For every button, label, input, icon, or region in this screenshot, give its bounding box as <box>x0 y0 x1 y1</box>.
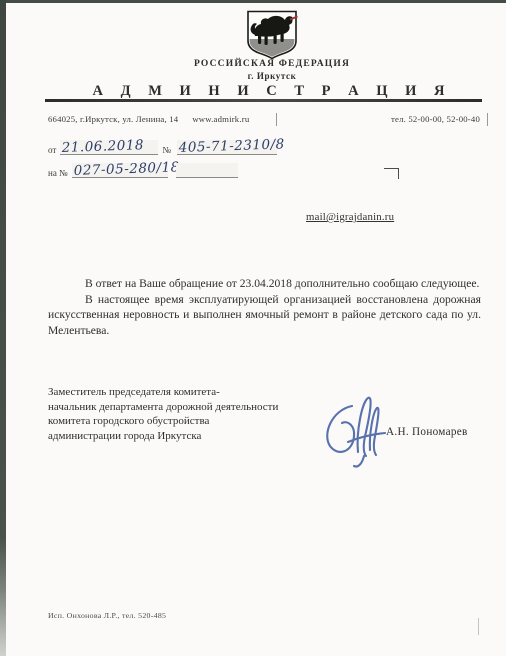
scan-artifact-line <box>478 618 479 635</box>
number-label: № <box>162 145 171 155</box>
signer-position-line: начальник департамента дорожной деятельн… <box>48 400 278 415</box>
address-and-site: 664025, г.Иркутск, ул. Ленина, 14www.adm… <box>48 114 249 124</box>
from-label: от <box>48 145 56 155</box>
scan-edge-left <box>0 0 6 656</box>
org-title: А Д М И Н И С Т Р А Ц И Я <box>38 83 506 100</box>
reply-number-field: 027-05-280/18 <box>72 163 168 178</box>
address-divider <box>276 113 277 126</box>
letter-body: В ответ на Ваше обращение от 23.04.2018 … <box>48 276 481 338</box>
number-field: 405-71-2310/8 <box>177 140 277 155</box>
handwritten-reply-number: 027-05-280/18 <box>73 159 180 179</box>
outgoing-ref-row: от21.06.2018№405-71-2310/8 <box>48 140 277 155</box>
coat-of-arms-irkutsk-icon <box>38 10 506 65</box>
empty-field <box>176 163 238 178</box>
scanned-letter-page: РОССИЙСКАЯ ФЕДЕРАЦИЯ г. Иркутск А Д М И … <box>0 0 506 656</box>
signer-position-line: комитета городского обустройства <box>48 414 278 429</box>
country-name: РОССИЙСКАЯ ФЕДЕРАЦИЯ <box>38 59 506 69</box>
date-field: 21.06.2018 <box>60 140 158 155</box>
address-corner-mark-icon <box>384 168 399 179</box>
city-name: г. Иркутск <box>38 71 506 81</box>
website: www.admirk.ru <box>192 114 249 124</box>
signer-position-line: администрации города Иркутска <box>48 429 278 444</box>
reply-label: на № <box>48 168 68 178</box>
recipient-email: mail@igrajdanin.ru <box>306 211 394 223</box>
handwritten-signature-icon <box>318 386 396 475</box>
handwritten-date: 21.06.2018 <box>62 137 145 156</box>
address-divider-right <box>487 113 488 126</box>
reply-ref-row: на №027-05-280/18 <box>48 163 238 178</box>
executor-note: Исп. Онхонова Л.Р., тел. 520-485 <box>48 611 166 620</box>
body-paragraph: В настоящее время эксплуатирующей органи… <box>48 292 481 339</box>
signer-name: А.Н. Пономарев <box>386 426 468 438</box>
signer-position: Заместитель председателя комитета- начал… <box>48 385 278 443</box>
body-paragraph: В ответ на Ваше обращение от 23.04.2018 … <box>48 276 481 292</box>
postal-address: 664025, г.Иркутск, ул. Ленина, 14 <box>48 114 178 124</box>
scan-edge-top <box>0 0 506 3</box>
signer-position-line: Заместитель председателя комитета- <box>48 385 278 400</box>
letterhead-rule <box>45 99 482 102</box>
handwritten-number: 405-71-2310/8 <box>178 136 285 156</box>
phone-numbers: тел. 52-00-00, 52-00-40 <box>391 114 480 124</box>
